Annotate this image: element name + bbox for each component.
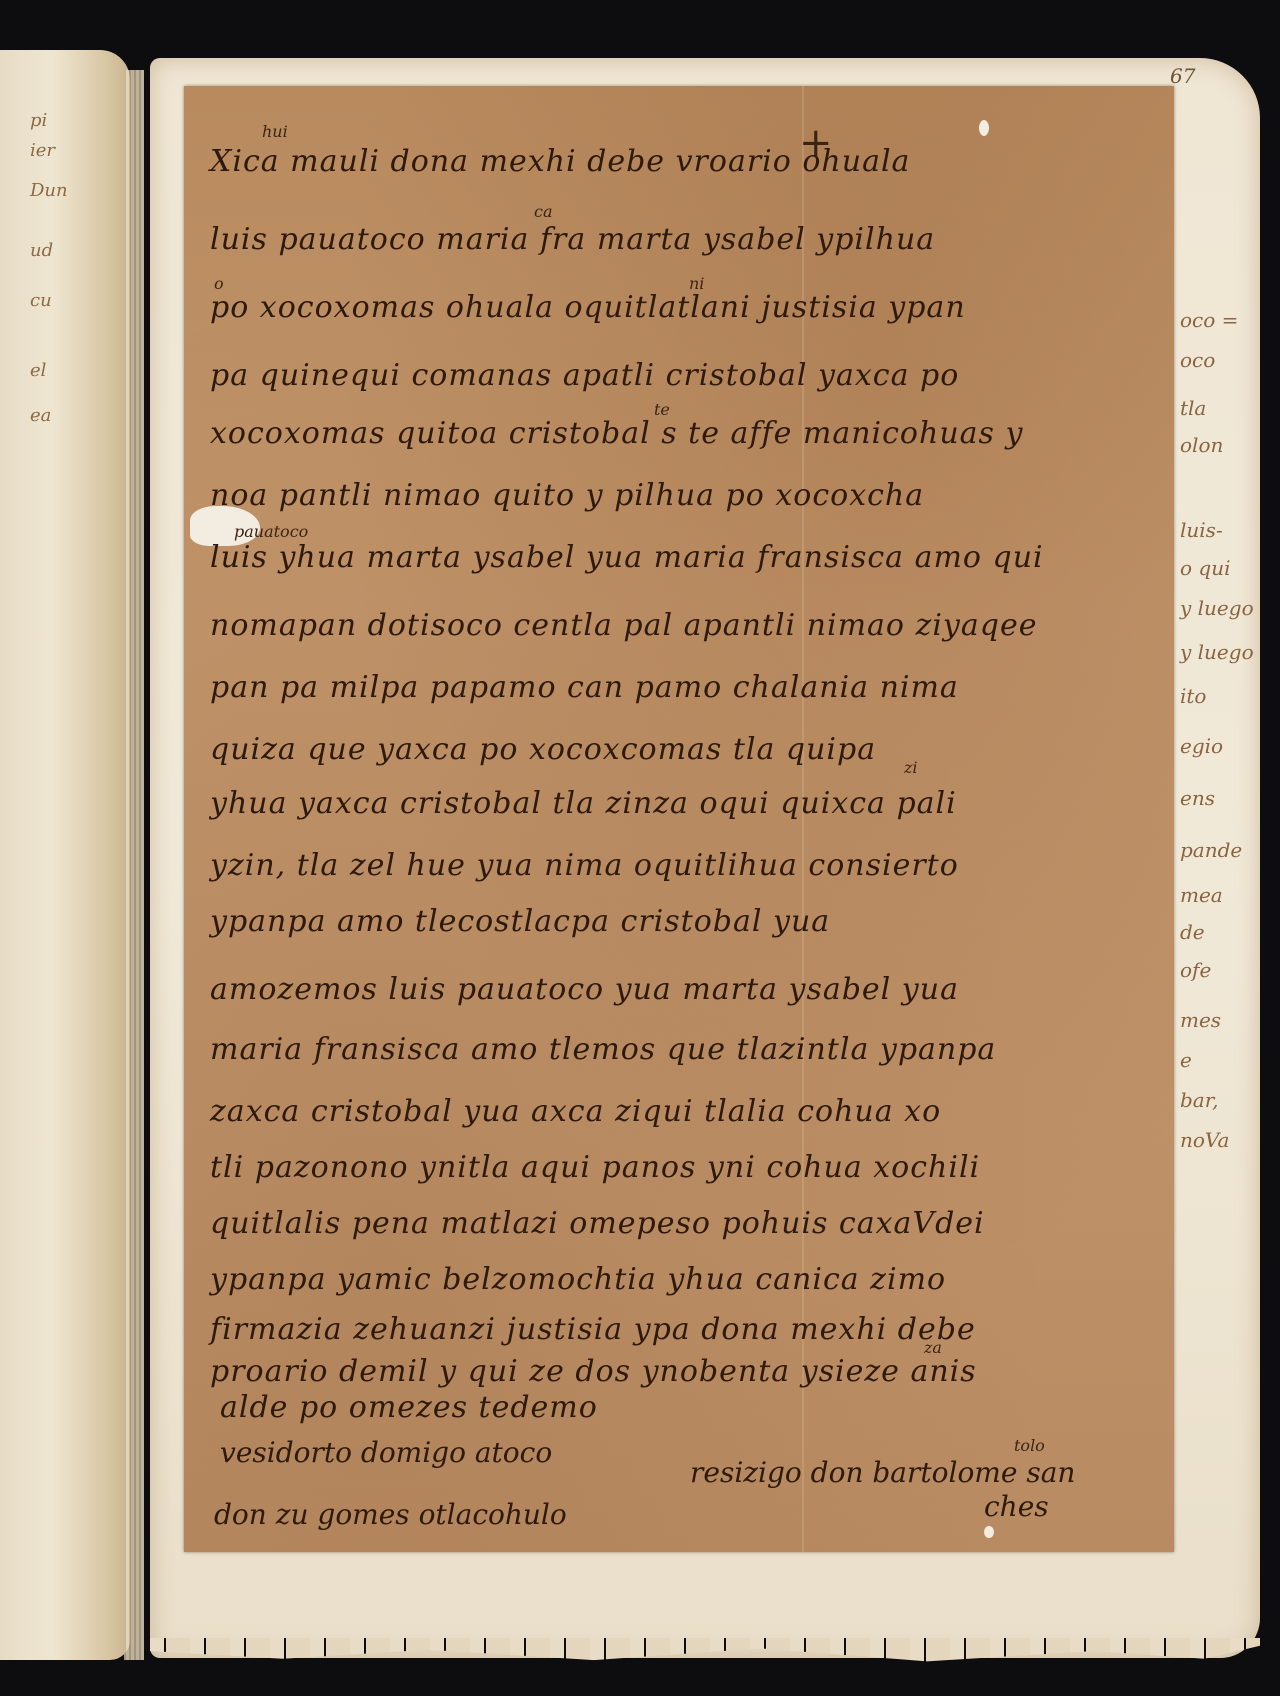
margin-word: e (1180, 1048, 1192, 1072)
worm-hole (979, 120, 989, 136)
margin-word: ofe (1180, 958, 1211, 982)
left-page-fragment: cu (30, 290, 52, 311)
signature-left: vesidorto domigo atoco (220, 1436, 552, 1469)
margin-word: bar, (1180, 1088, 1218, 1112)
manuscript-line: xocoxomas quitoa cristobal s te affe man… (210, 416, 1023, 451)
manuscript-line: quiza que yaxca po xocoxcomas tla quipa (210, 732, 876, 767)
worm-hole (984, 1526, 994, 1538)
manuscript-line: pa quinequi comanas apatli cristobal yax… (210, 358, 959, 393)
margin-word: y luego (1180, 596, 1254, 620)
left-page-fragment: ier (30, 140, 55, 161)
interlinear-note: hui (262, 122, 288, 141)
left-page-fragment: Dun (30, 180, 68, 201)
margin-word: luis- (1180, 518, 1223, 542)
interlinear-note: zi (904, 758, 918, 777)
manuscript-line: proario demil y qui ze dos ynobenta ysie… (210, 1354, 977, 1389)
manuscript-line: ypanpa yamic belzomochtia yhua canica zi… (210, 1262, 946, 1297)
signature-right: resizigo don bartolome san (690, 1456, 1075, 1489)
manuscript-line: pan pa milpa papamo can pamo chalania ni… (210, 670, 959, 705)
margin-word: noVa (1180, 1128, 1229, 1152)
margin-word: o qui (1180, 556, 1230, 580)
signature-left: don zu gomes otlacohulo (214, 1498, 567, 1531)
torn-bottom-edge (150, 1638, 1260, 1664)
manuscript-line: yzin, tla zel hue yua nima oquitlihua co… (210, 848, 959, 883)
margin-word: y luego (1180, 640, 1254, 664)
left-page-fragment: ud (30, 240, 53, 261)
margin-word: oco (1180, 348, 1215, 372)
margin-word: egio (1180, 734, 1223, 758)
margin-word: ito (1180, 684, 1206, 708)
manuscript-line: luis yhua marta ysabel yua maria fransis… (210, 540, 1044, 575)
manuscript-line: nomapan dotisoco centla pal apantli nima… (210, 608, 1037, 643)
margin-word: ens (1180, 786, 1215, 810)
page-edge-fringe (124, 70, 144, 1660)
manuscript-line: po xocoxomas ohuala oquitlatlani justisi… (210, 290, 966, 325)
manuscript-line: alde po omezes tedemo (220, 1390, 598, 1425)
manuscript-line: quitlalis pena matlazi omepeso pohuis ca… (210, 1206, 985, 1241)
left-page-fragment: ea (30, 405, 51, 426)
manuscript-line: ypanpa amo tlecostlacpa cristobal yua (210, 904, 830, 939)
interlinear-note: tolo (1014, 1436, 1045, 1455)
manuscript-line: maria fransisca amo tlemos que tlazintla… (210, 1032, 996, 1067)
folio-number: 67 (1170, 64, 1195, 88)
manuscript-line: noa pantli nimao quito y pilhua po xocox… (210, 478, 924, 513)
signature-right: ches (984, 1490, 1049, 1523)
margin-word: mea (1180, 883, 1223, 907)
interlinear-note: pauatoco (234, 522, 308, 541)
left-page-fragment: el (30, 360, 46, 381)
margin-word: mes (1180, 1008, 1221, 1032)
margin-word: de (1180, 920, 1205, 944)
manuscript-line: amozemos luis pauatoco yua marta ysabel … (210, 972, 959, 1007)
margin-word: pande (1180, 838, 1242, 862)
margin-word: oco = (1180, 308, 1238, 332)
manuscript-sheet: + hui Xica mauli dona mexhi debe vroario… (184, 86, 1174, 1552)
margin-word: olon (1180, 433, 1223, 457)
manuscript-line: tli pazonono ynitla aqui panos yni cohua… (210, 1150, 980, 1185)
manuscript-line: zaxca cristobal yua axca ziqui tlalia co… (210, 1094, 941, 1129)
left-page-fragment: pi (30, 110, 47, 131)
manuscript-line: luis pauatoco maria fra marta ysabel ypi… (210, 222, 935, 257)
manuscript-line: yhua yaxca cristobal tla zinza oqui quix… (210, 786, 957, 821)
adjacent-left-page: pi ier Dun ud cu el ea (0, 50, 130, 1660)
manuscript-line: firmazia zehuanzi justisia ypa dona mexh… (210, 1312, 976, 1347)
manuscript-line: Xica mauli dona mexhi debe vroario ohual… (210, 144, 910, 179)
margin-word: tla (1180, 396, 1206, 420)
interlinear-note: ca (534, 202, 553, 221)
